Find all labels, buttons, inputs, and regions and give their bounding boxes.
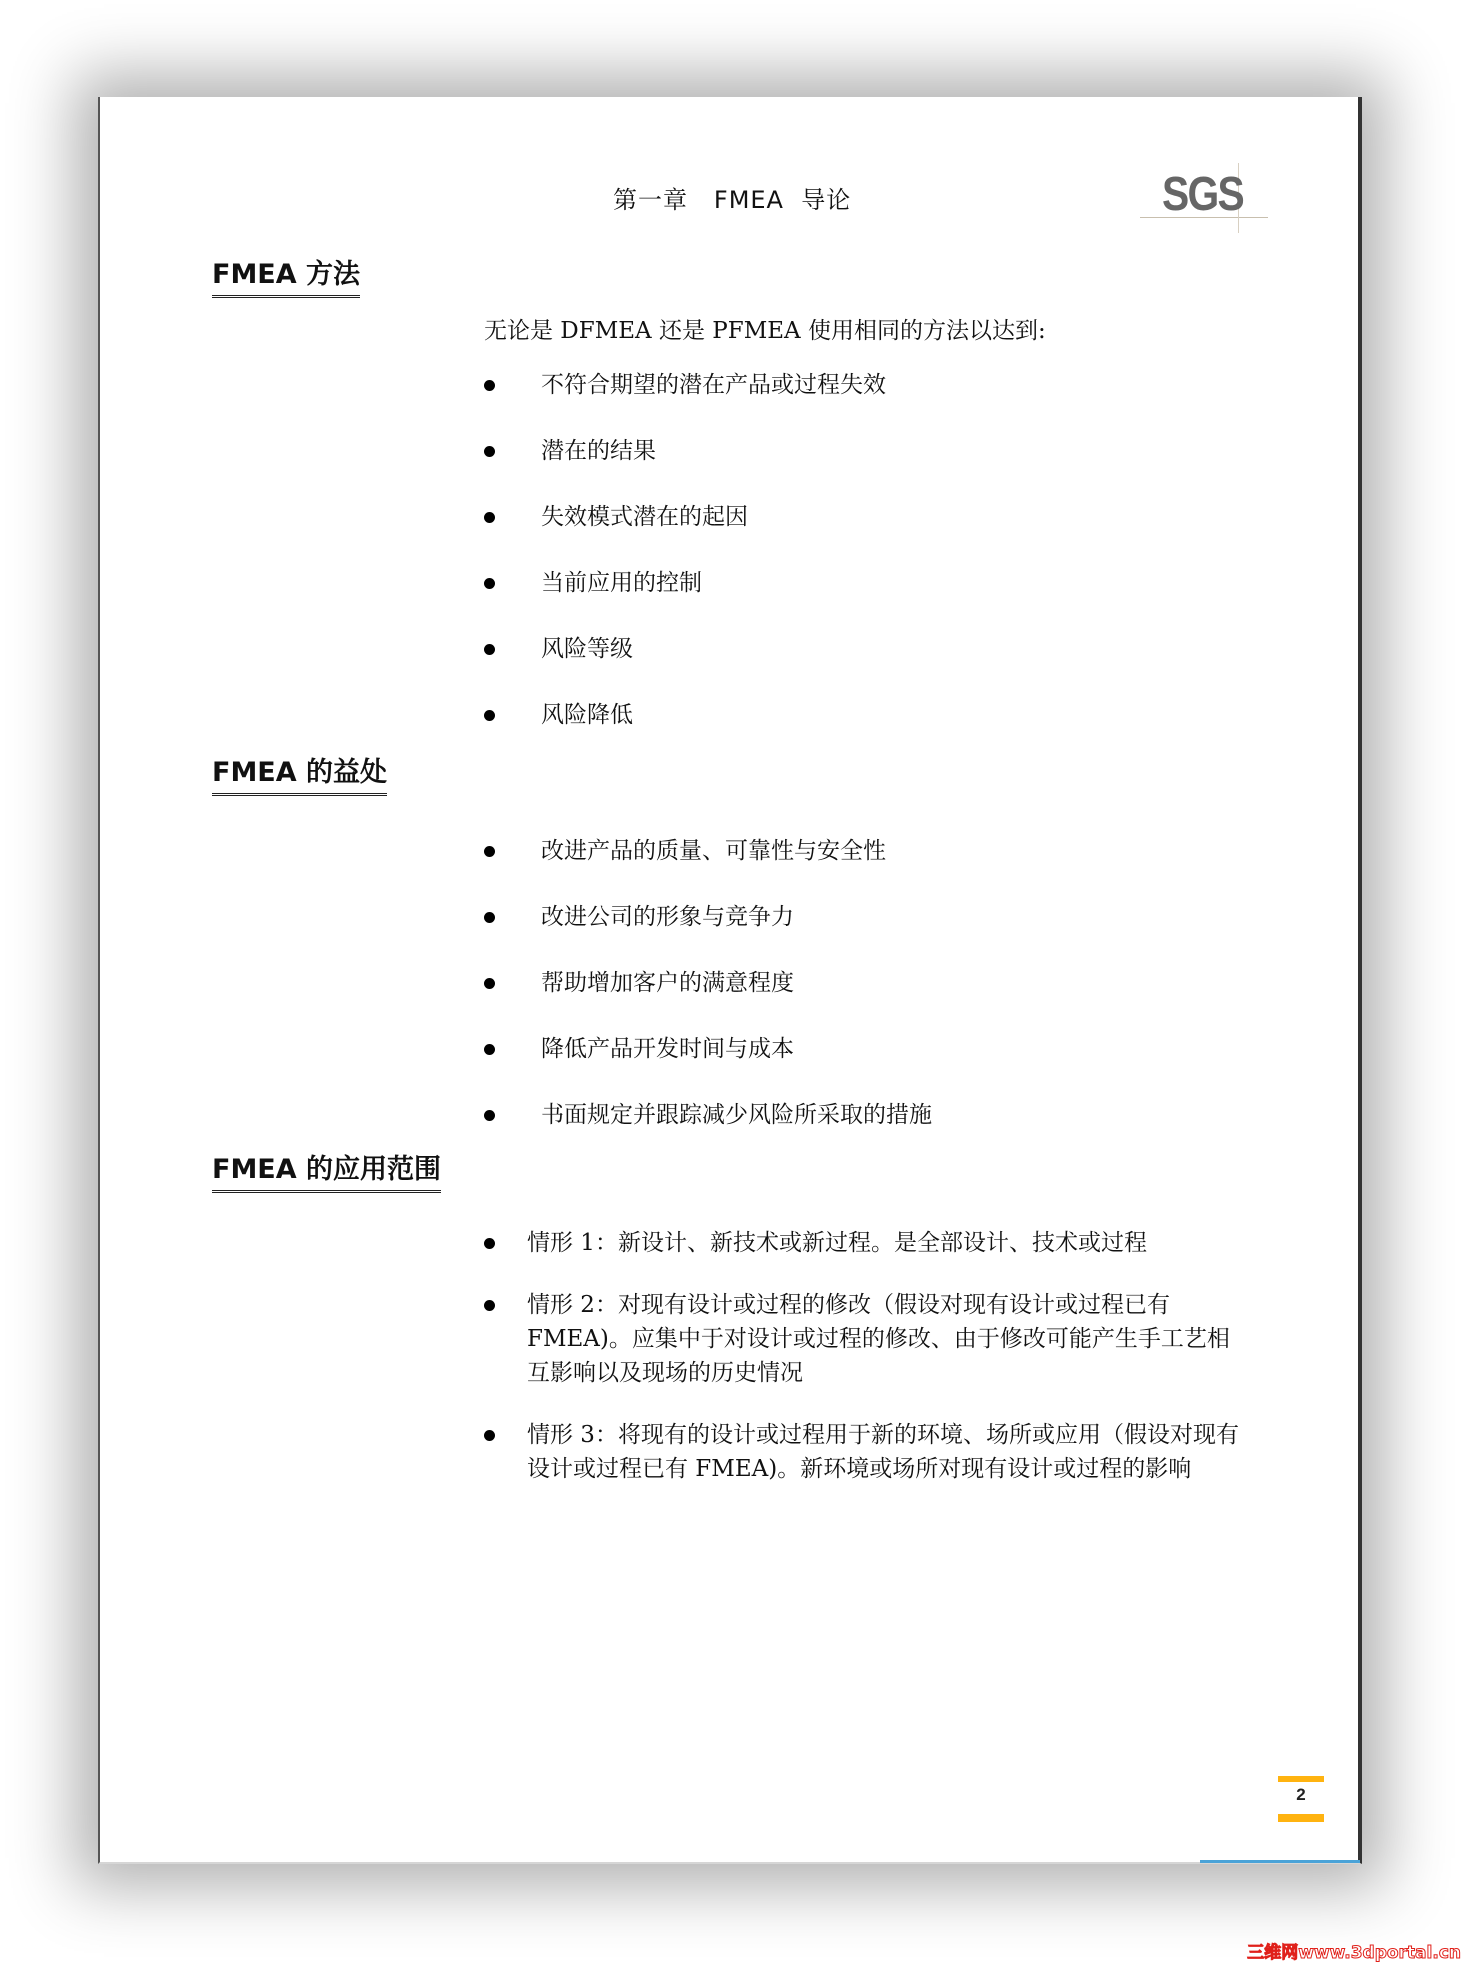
chapter-title: 第一章 FMEA 导论 bbox=[613, 180, 851, 215]
bullet-icon bbox=[484, 710, 495, 721]
bullet-icon bbox=[484, 1430, 495, 1441]
page-number-bar-bottom bbox=[1278, 1814, 1324, 1822]
watermark: 三维网www.3dportal.cn bbox=[1247, 1938, 1461, 1963]
list-item: 风险等级 bbox=[484, 634, 886, 700]
section-heading-scope: FMEA 的应用范围 bbox=[212, 1153, 441, 1193]
list-item: 改进产品的质量、可靠性与安全性 bbox=[484, 836, 932, 902]
page-number-text: 2 bbox=[1278, 1785, 1324, 1805]
list-item: 情形 1：新设计、新技术或新过程。是全部设计、技术或过程 bbox=[484, 1226, 1254, 1260]
logo-text: SGS bbox=[1162, 167, 1243, 222]
section-heading-benefits: FMEA 的益处 bbox=[212, 756, 387, 796]
bullet-icon bbox=[484, 1300, 495, 1311]
list-item: 情形 3：将现有的设计或过程用于新的环境、场所或应用（假设对现有设计或过程已有 … bbox=[484, 1418, 1254, 1486]
scope-list: 情形 1：新设计、新技术或新过程。是全部设计、技术或过程 情形 2：对现有设计或… bbox=[484, 1226, 1254, 1514]
bullet-icon bbox=[484, 644, 495, 655]
list-item: 改进公司的形象与竞争力 bbox=[484, 902, 932, 968]
page-edge-accent bbox=[1200, 1860, 1360, 1863]
bullet-icon bbox=[484, 1238, 495, 1249]
bullet-icon bbox=[484, 846, 495, 857]
list-item: 降低产品开发时间与成本 bbox=[484, 1034, 932, 1100]
section-heading-method: FMEA 方法 bbox=[212, 258, 360, 298]
benefits-list: 改进产品的质量、可靠性与安全性 改进公司的形象与竞争力 帮助增加客户的满意程度 … bbox=[484, 836, 932, 1166]
bullet-icon bbox=[484, 978, 495, 989]
sgs-logo: SGS bbox=[1140, 163, 1270, 233]
bullet-icon bbox=[484, 446, 495, 457]
list-item: 书面规定并跟踪减少风险所采取的措施 bbox=[484, 1100, 932, 1166]
bullet-icon bbox=[484, 380, 495, 391]
list-item: 风险降低 bbox=[484, 700, 886, 766]
method-intro: 无论是 DFMEA 还是 PFMEA 使用相同的方法以达到: bbox=[484, 312, 1046, 345]
list-item: 情形 2：对现有设计或过程的修改（假设对现有设计或过程已有 FMEA)。应集中于… bbox=[484, 1288, 1254, 1390]
bullet-icon bbox=[484, 1044, 495, 1055]
list-item: 潜在的结果 bbox=[484, 436, 886, 502]
list-item: 失效模式潜在的起因 bbox=[484, 502, 886, 568]
bullet-icon bbox=[484, 512, 495, 523]
method-list: 不符合期望的潜在产品或过程失效 潜在的结果 失效模式潜在的起因 当前应用的控制 … bbox=[484, 370, 886, 766]
page-number: 2 bbox=[1278, 1776, 1324, 1822]
list-item: 不符合期望的潜在产品或过程失效 bbox=[484, 370, 886, 436]
bullet-icon bbox=[484, 912, 495, 923]
bullet-icon bbox=[484, 578, 495, 589]
list-item: 当前应用的控制 bbox=[484, 568, 886, 634]
bullet-icon bbox=[484, 1110, 495, 1121]
list-item: 帮助增加客户的满意程度 bbox=[484, 968, 932, 1034]
page-number-bar-top bbox=[1278, 1776, 1324, 1782]
